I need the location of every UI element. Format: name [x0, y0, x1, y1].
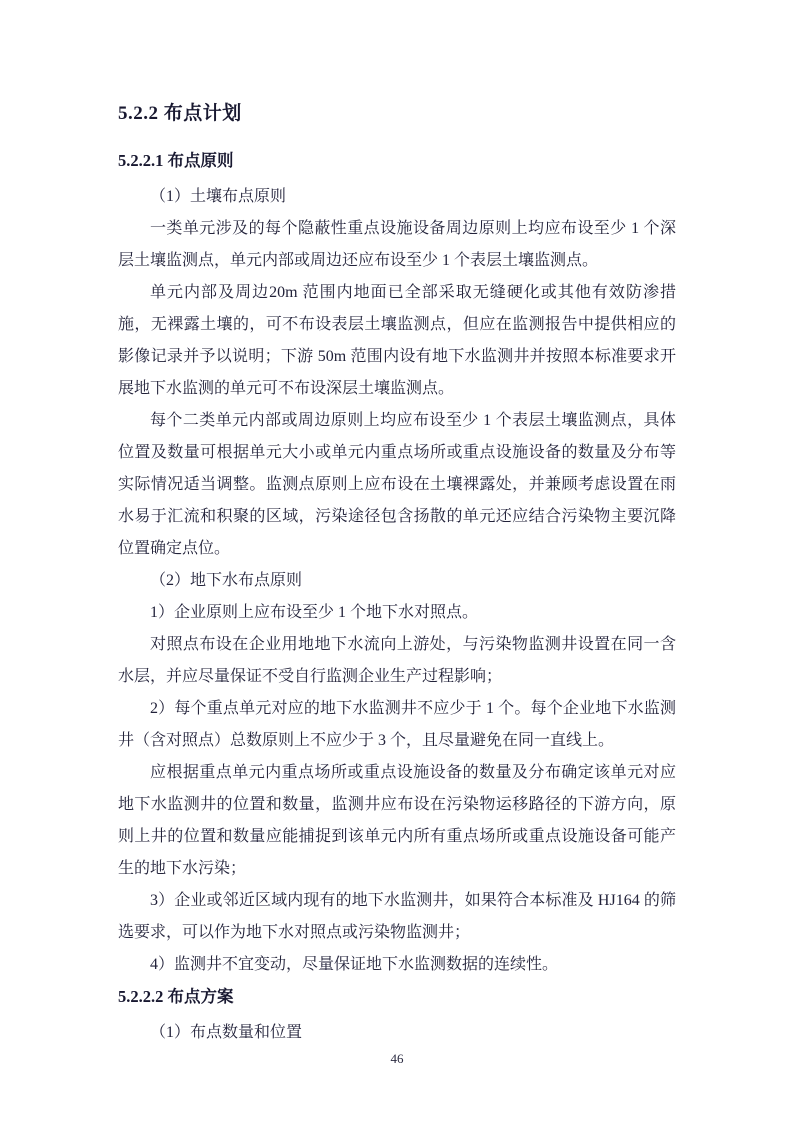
paragraph-groundwater-item-4: 4）监测井不宜变动，尽量保证地下水监测数据的连续性。	[118, 949, 676, 981]
paragraph-layout-quantity-position-title: （1）布点数量和位置	[118, 1017, 676, 1049]
paragraph-hardened-ground-exception: 单元内部及周边20m 范围内地面已全部采取无缝硬化或其他有效防渗措施，无裸露土壤…	[118, 277, 676, 405]
paragraph-control-point-placement: 对照点布设在企业用地地下水流向上游处，与污染物监测井设置在同一含水层，并应尽量保…	[118, 629, 676, 693]
subsection-heading-5-2-2-1: 5.2.2.1 布点原则	[118, 145, 676, 177]
paragraph-groundwater-item-1: 1）企业原则上应布设至少 1 个地下水对照点。	[118, 597, 676, 629]
paragraph-well-position-quantity: 应根据重点单元内重点场所或重点设施设备的数量及分布确定该单元对应地下水监测井的位…	[118, 757, 676, 885]
paragraph-groundwater-principle-title: （2）地下水布点原则	[118, 565, 676, 597]
paragraph-groundwater-item-2: 2）每个重点单元对应的地下水监测井不应少于 1 个。每个企业地下水监测井（含对照…	[118, 693, 676, 757]
section-heading-5-2-2: 5.2.2 布点计划	[118, 97, 676, 131]
document-page: 5.2.2 布点计划 5.2.2.1 布点原则 （1）土壤布点原则 一类单元涉及…	[0, 0, 794, 1123]
paragraph-groundwater-item-3: 3）企业或邻近区域内现有的地下水监测井，如果符合本标准及 HJ164 的筛选要求…	[118, 885, 676, 949]
page-number: 46	[0, 1051, 794, 1067]
paragraph-soil-principle-title: （1）土壤布点原则	[118, 181, 676, 213]
paragraph-class2-units: 每个二类单元内部或周边原则上均应布设至少 1 个表层土壤监测点，具体位置及数量可…	[118, 405, 676, 565]
subsection-heading-5-2-2-2: 5.2.2.2 布点方案	[118, 981, 676, 1013]
paragraph-class1-units: 一类单元涉及的每个隐蔽性重点设施设备周边原则上均应布设至少 1 个深层土壤监测点…	[118, 213, 676, 277]
